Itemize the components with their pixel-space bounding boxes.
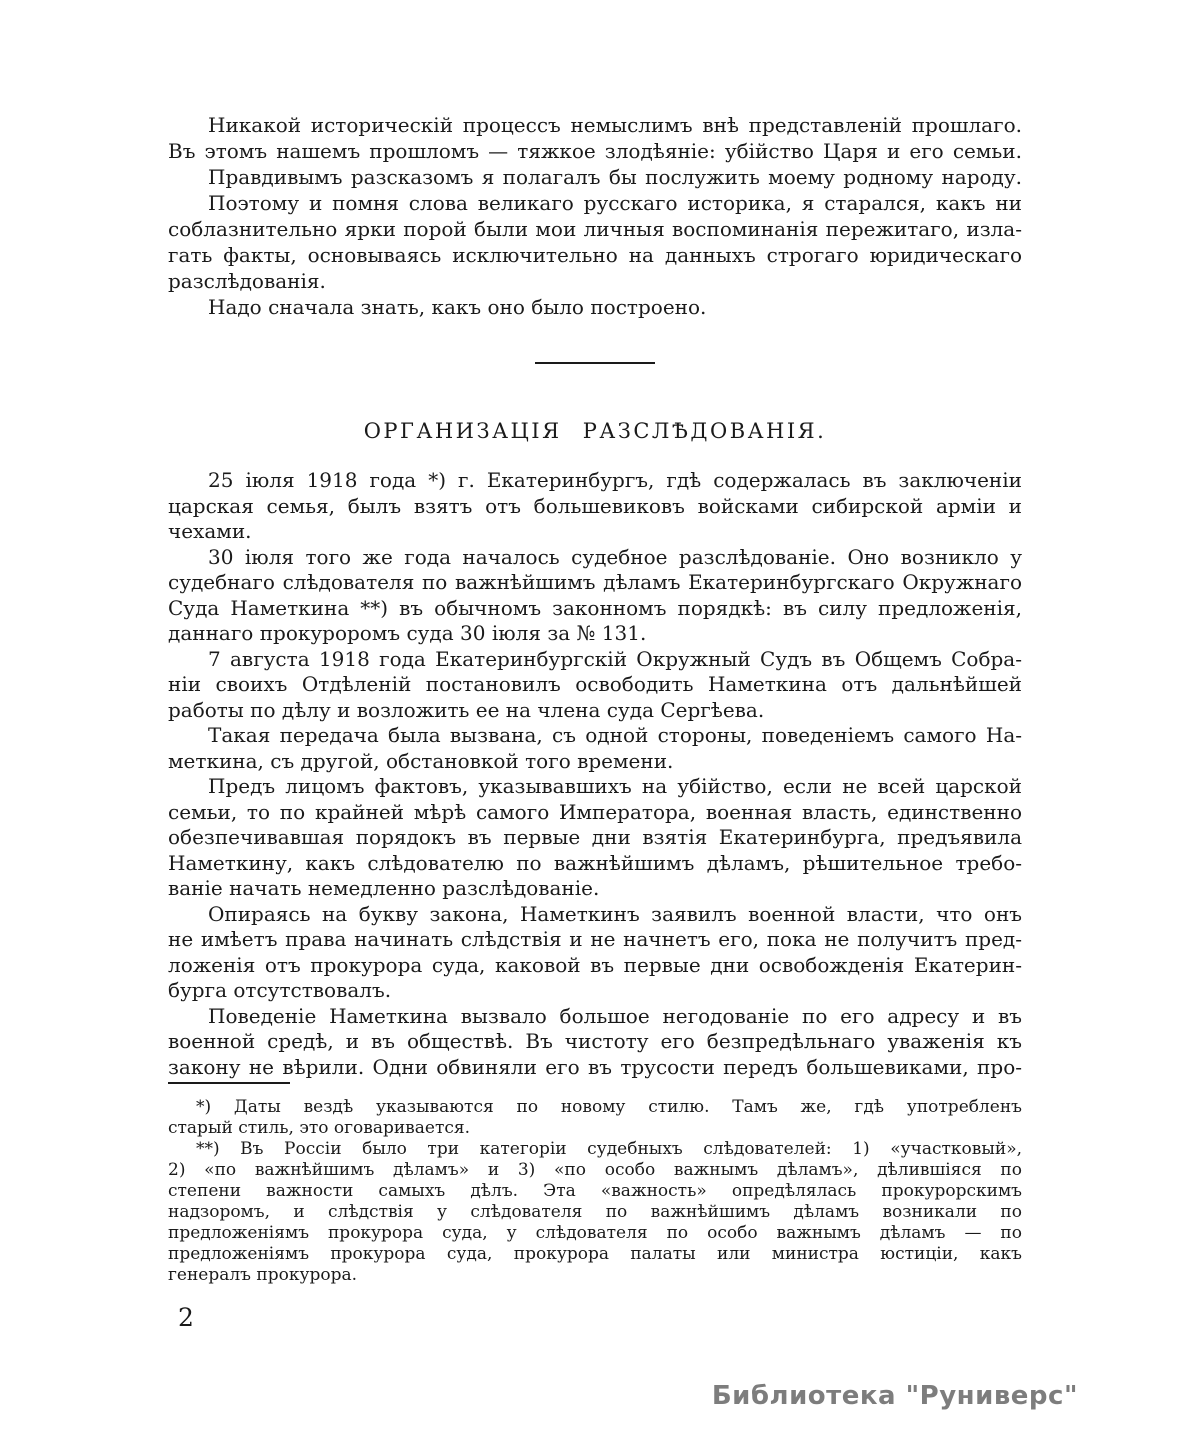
text-line: 30 іюля того же года началось судебное р… xyxy=(168,545,1022,571)
text-line: не имѣетъ права начинать слѣдствія и не … xyxy=(168,927,1022,953)
paragraph: 7 августа 1918 года Екатеринбургскій Окр… xyxy=(168,647,1022,724)
paragraph: Никакой историческій процессъ немыслимъ … xyxy=(168,112,1022,164)
footnote-separator xyxy=(168,1082,290,1084)
text-line: судебнаго слѣдователя по важнѣйшимъ дѣла… xyxy=(168,570,1022,596)
text-line: Правдивымъ разсказомъ я полагалъ бы посл… xyxy=(168,164,1022,190)
paragraph: Надо сначала знать, какъ оно было постро… xyxy=(168,294,1022,320)
paragraph: Опираясь на букву закона, Наметкинъ заяв… xyxy=(168,902,1022,1004)
text-line: Опираясь на букву закона, Наметкинъ заяв… xyxy=(168,902,1022,928)
text-line: разслѣдованія. xyxy=(168,268,1022,294)
paragraph: Правдивымъ разсказомъ я полагалъ бы посл… xyxy=(168,164,1022,190)
section-divider xyxy=(535,362,655,364)
paragraph: Поэтому и помня слова великаго русскаго … xyxy=(168,190,1022,294)
text-line: Такая передача была вызвана, съ одной ст… xyxy=(168,723,1022,749)
text-line: чехами. xyxy=(168,519,1022,545)
text-line: степени важности самыхъ дѣлъ. Эта «важно… xyxy=(168,1181,1022,1202)
text-line: 2) «по важнѣйшимъ дѣламъ» и 3) «по особо… xyxy=(168,1160,1022,1181)
text-line: ваніе начать немедленно разслѣдованіе. xyxy=(168,876,1022,902)
text-line: предложеніямъ прокурора суда, у слѣдоват… xyxy=(168,1223,1022,1244)
text-line: Никакой историческій процессъ немыслимъ … xyxy=(168,112,1022,138)
book-page: Никакой историческій процессъ немыслимъ … xyxy=(0,0,1200,1451)
paragraph: **) Въ Россіи было три категоріи судебны… xyxy=(168,1139,1022,1286)
paragraph: *) Даты вездѣ указываются по новому стил… xyxy=(168,1097,1022,1139)
text-line: гать факты, основываясь исключительно на… xyxy=(168,242,1022,268)
text-line: Наметкину, какъ слѣдователю по важнѣйшим… xyxy=(168,851,1022,877)
text-line: ніи своихъ Отдѣленій постановилъ освобод… xyxy=(168,672,1022,698)
text-line: Въ этомъ нашемъ прошломъ — тяжкое злодѣя… xyxy=(168,138,1022,164)
text-line: старый стиль, это оговаривается. xyxy=(168,1118,1022,1139)
footnotes-section: *) Даты вездѣ указываются по новому стил… xyxy=(168,1097,1022,1286)
paragraph: Такая передача была вызвана, съ одной ст… xyxy=(168,723,1022,774)
text-line: Надо сначала знать, какъ оно было постро… xyxy=(168,294,1022,320)
text-line: меткина, съ другой, обстановкой того вре… xyxy=(168,749,1022,775)
text-line: семьи, то по крайней мѣрѣ самого Императ… xyxy=(168,800,1022,826)
paragraph: Поведеніе Наметкина вызвало большое него… xyxy=(168,1004,1022,1081)
text-line: военной средѣ, и въ обществѣ. Въ чистоту… xyxy=(168,1029,1022,1055)
text-line: обезпечивавшая порядокъ въ первые дни вз… xyxy=(168,825,1022,851)
text-line: ложенія отъ прокурора суда, каковой въ п… xyxy=(168,953,1022,979)
text-line: бурга отсутствовалъ. xyxy=(168,978,1022,1004)
text-line: работы по дѣлу и возложить ее на члена с… xyxy=(168,698,1022,724)
text-line: предложеніямъ прокурора суда, прокурора … xyxy=(168,1244,1022,1265)
body-section: 25 іюля 1918 года *) г. Екатеринбургъ, г… xyxy=(168,468,1022,1080)
text-line: Поэтому и помня слова великаго русскаго … xyxy=(168,190,1022,216)
text-block: Никакой историческій процессъ немыслимъ … xyxy=(168,0,1022,1332)
text-line: соблазнительно ярки порой были мои личны… xyxy=(168,216,1022,242)
text-line: Предъ лицомъ фактовъ, указывавшихъ на уб… xyxy=(168,774,1022,800)
watermark: Библиотека "Руниверс" xyxy=(712,1381,1078,1411)
paragraph: 30 іюля того же года началось судебное р… xyxy=(168,545,1022,647)
intro-section: Никакой историческій процессъ немыслимъ … xyxy=(168,112,1022,320)
text-line: *) Даты вездѣ указываются по новому стил… xyxy=(168,1097,1022,1118)
paragraph: Предъ лицомъ фактовъ, указывавшихъ на уб… xyxy=(168,774,1022,902)
section-heading: ОРГАНИЗАЦІЯ РАЗСЛѢДОВАНІЯ. xyxy=(168,416,1022,446)
text-line: даннаго прокуроромъ суда 30 іюля за № 13… xyxy=(168,621,1022,647)
text-line: Поведеніе Наметкина вызвало большое него… xyxy=(168,1004,1022,1030)
text-line: закону не вѣрили. Одни обвиняли его въ т… xyxy=(168,1055,1022,1081)
text-line: **) Въ Россіи было три категоріи судебны… xyxy=(168,1139,1022,1160)
text-line: царская семья, былъ взятъ отъ большевико… xyxy=(168,494,1022,520)
text-line: надзоромъ, и слѣдствія у слѣдователя по … xyxy=(168,1202,1022,1223)
text-line: генералъ прокурора. xyxy=(168,1265,1022,1286)
text-line: Суда Наметкина **) въ обычномъ законномъ… xyxy=(168,596,1022,622)
text-line: 7 августа 1918 года Екатеринбургскій Окр… xyxy=(168,647,1022,673)
paragraph: 25 іюля 1918 года *) г. Екатеринбургъ, г… xyxy=(168,468,1022,545)
text-line: 25 іюля 1918 года *) г. Екатеринбургъ, г… xyxy=(168,468,1022,494)
page-number: 2 xyxy=(168,1304,1022,1332)
